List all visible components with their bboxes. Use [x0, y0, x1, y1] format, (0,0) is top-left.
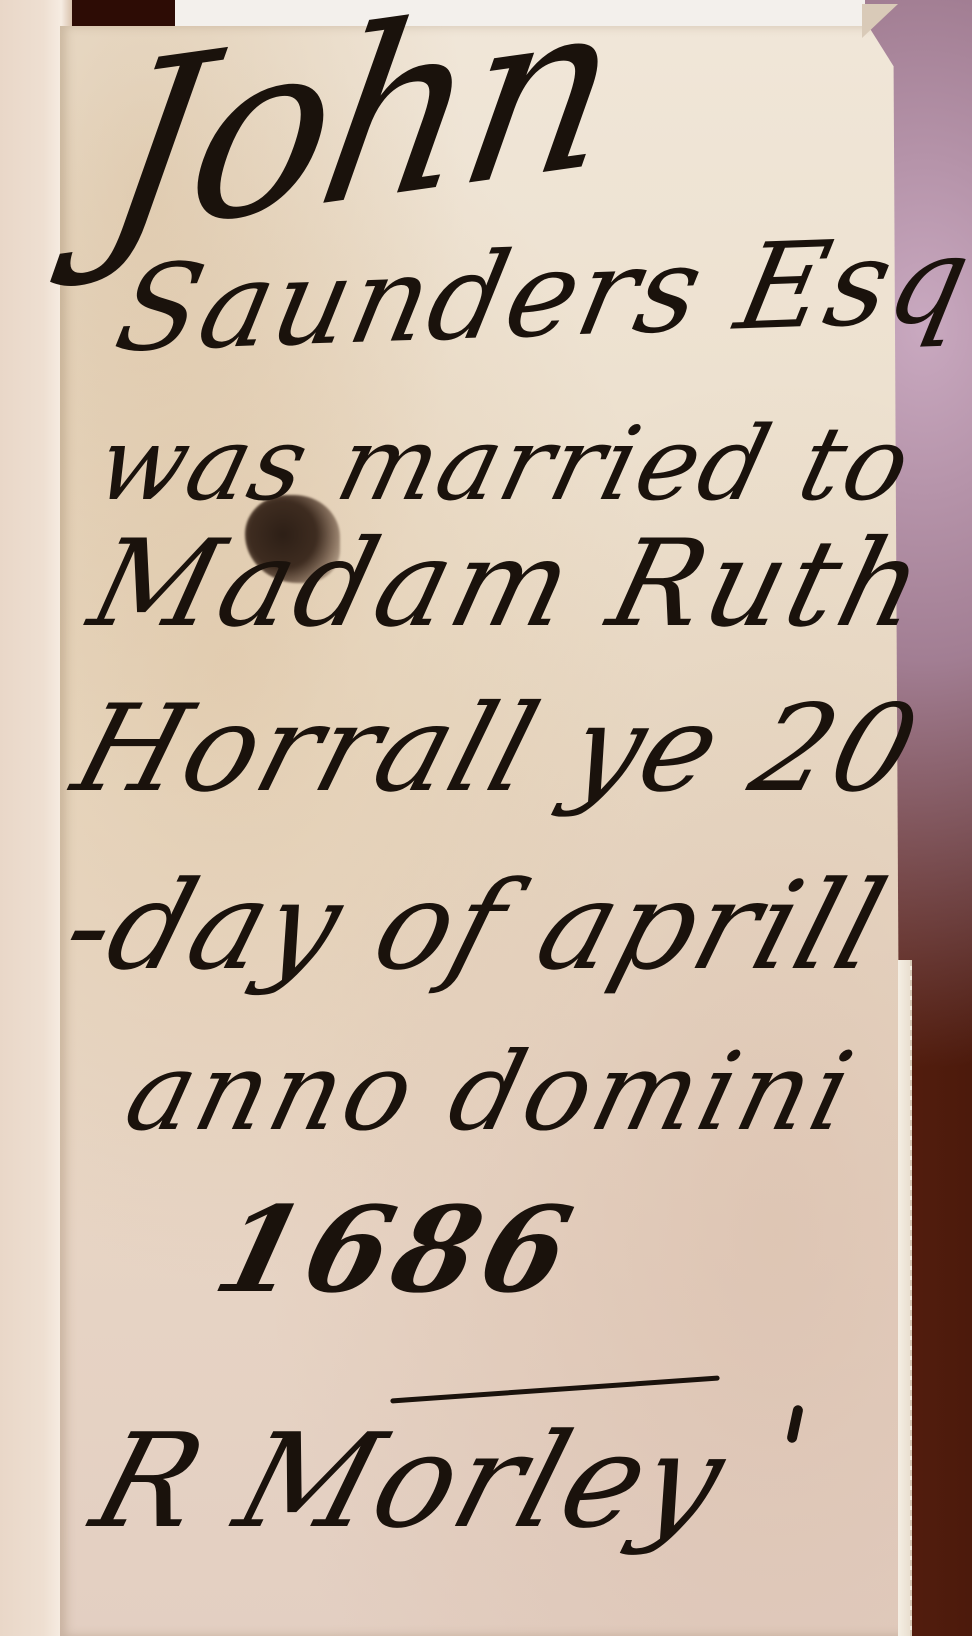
inscription-line-6: -day of aprill [50, 855, 902, 997]
inscription-line-4: Madam Ruth [78, 515, 941, 654]
folded-corner [862, 4, 898, 38]
page-block-edge [898, 960, 912, 1636]
signature: R Morley [78, 1405, 742, 1557]
inscription-line-5: Horrall ye 20 [60, 680, 934, 819]
inscription-year: 1686 [203, 1180, 590, 1319]
inscription-line-7: anno domini [114, 1030, 867, 1155]
inscription-line-3: was married to [85, 405, 924, 524]
